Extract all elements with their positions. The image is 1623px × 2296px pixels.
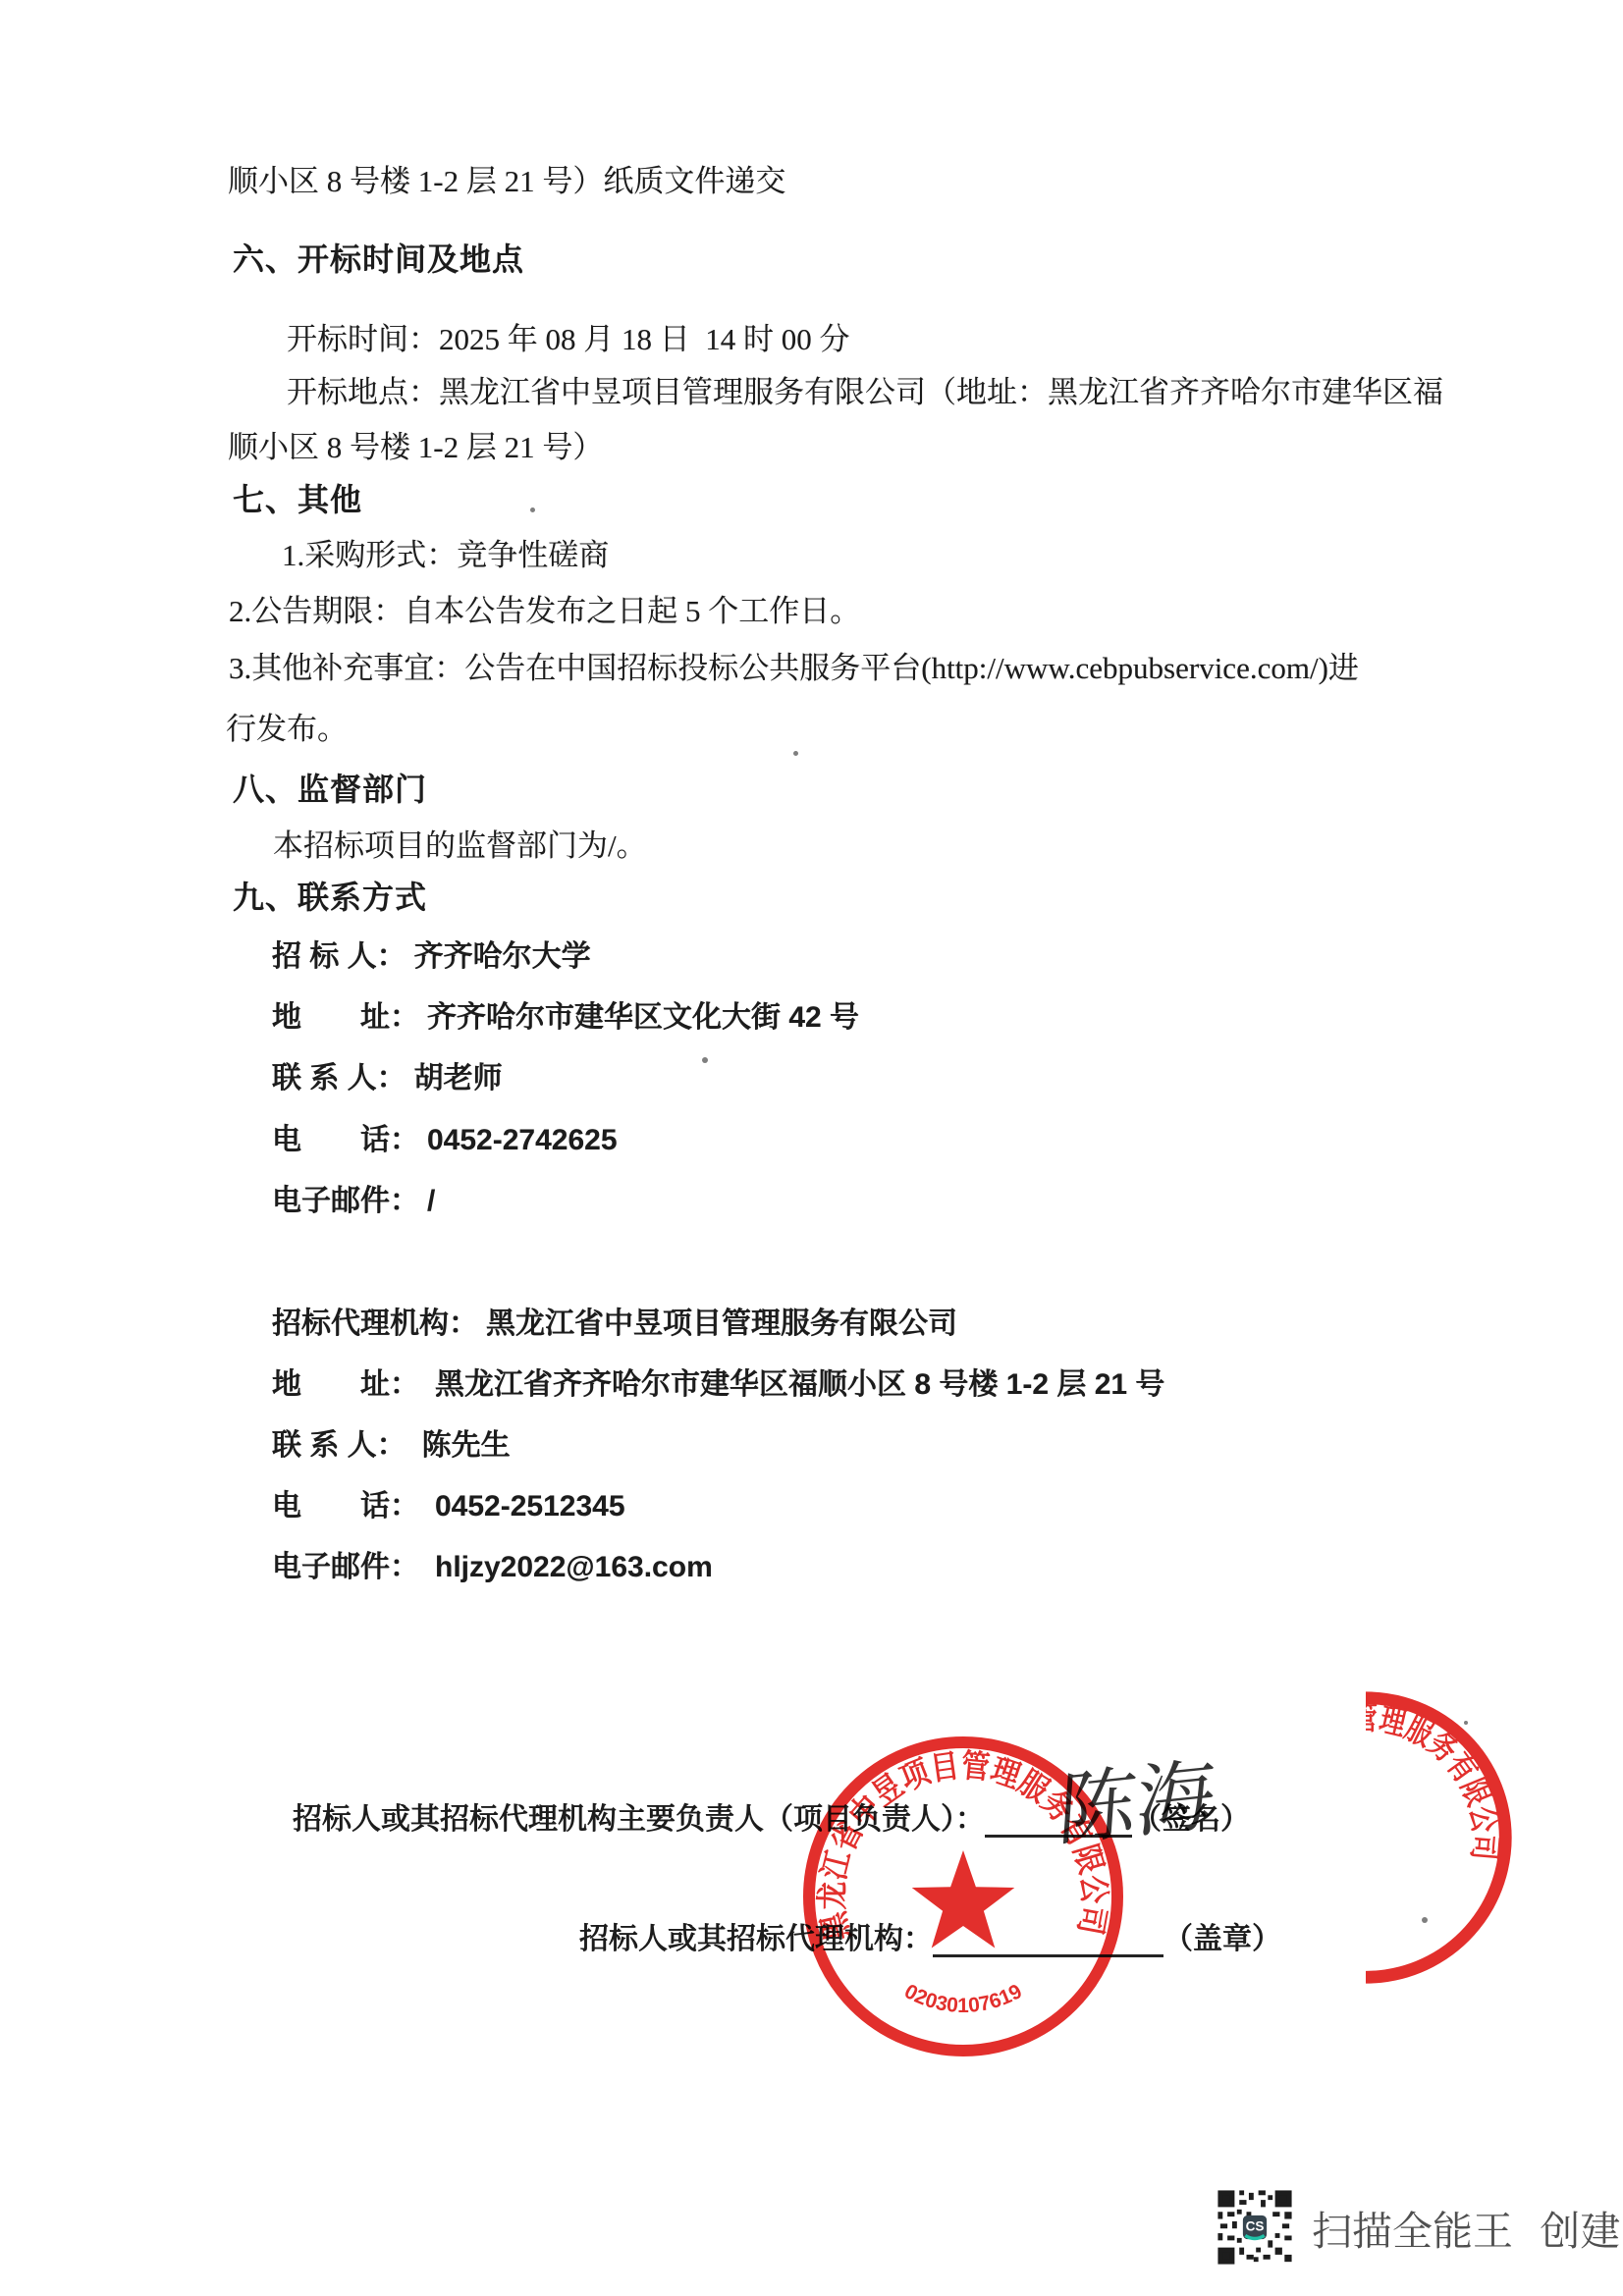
agency-address-value: 黑龙江省齐齐哈尔市建华区福顺小区 8 号楼 1-2 层 21 号 (435, 1368, 1164, 1401)
tenderer-email-label: 电子邮件： (272, 1185, 419, 1217)
agency-name-row: 招标代理机构：黑龙江省中昱项目管理服务有限公司 (272, 1308, 957, 1340)
agency-phone-value: 0452-2512345 (435, 1490, 625, 1522)
agency-email-row: 电子邮件：hljzy2022@163.com (272, 1551, 713, 1583)
agency-name-label: 招标代理机构： (272, 1308, 478, 1340)
section-title-contact: 九、联系方式 (233, 881, 427, 915)
agency-email-label: 电子邮件： (272, 1551, 419, 1583)
others-item-3-line-1: 3.其他补充事宜：公告在中国招标投标公共服务平台(http://www.cebp… (229, 652, 1359, 685)
opening-time-line: 开标时间：2025 年 08 月 18 日 14 时 00 分 (287, 323, 850, 356)
agency-contact-person-value: 陈先生 (422, 1429, 511, 1462)
agency-address-label: 地 址： (272, 1368, 419, 1401)
agency-name-value: 黑龙江省中昱项目管理服务有限公司 (486, 1308, 957, 1340)
tenderer-contact-person-label: 联 系 人： (272, 1062, 406, 1095)
tenderer-phone-value: 0452-2742625 (427, 1124, 618, 1156)
agency-seal-label: 招标人或其招标代理机构： (579, 1914, 933, 1957)
scanned-tender-document-page: { "page": { "intro_line": "顺小区 8 号楼 1-2 … (0, 0, 1623, 2296)
seal-underline (933, 1921, 1163, 1957)
scan-speck (1464, 1721, 1468, 1725)
tenderer-address-value: 齐齐哈尔市建华区文化大街 42 号 (427, 1001, 859, 1034)
agency-phone-row: 电 话：0452-2512345 (272, 1490, 625, 1522)
agency-email-value: hljzy2022@163.com (435, 1551, 713, 1583)
agency-contact-person-label: 联 系 人： (272, 1429, 406, 1462)
supervision-body: 本招标项目的监督部门为/。 (273, 829, 647, 863)
seal-suffix-label: （盖章） (1163, 1914, 1281, 1957)
camscanner-badge-text: CS (1246, 2219, 1265, 2234)
scan-speck (530, 507, 535, 512)
opening-place-line-2: 顺小区 8 号楼 1-2 层 21 号） (228, 431, 603, 464)
tenderer-phone-label: 电 话： (272, 1124, 419, 1156)
agency-seal-row: 招标人或其招标代理机构：（盖章） (579, 1914, 1281, 1957)
agency-contact-person-row: 联 系 人：陈先生 (272, 1429, 511, 1462)
handwritten-signature: 陈海 (1055, 1731, 1218, 1861)
tenderer-name-value: 齐齐哈尔大学 (414, 940, 591, 973)
opening-place-line-1: 开标地点：黑龙江省中昱项目管理服务有限公司（地址：黑龙江省齐齐哈尔市建华区福 (287, 376, 1443, 409)
scan-speck (702, 1057, 708, 1063)
agency-address-row: 地 址：黑龙江省齐齐哈尔市建华区福顺小区 8 号楼 1-2 层 21 号 (272, 1368, 1164, 1401)
tenderer-name-label: 招 标 人： (272, 940, 406, 973)
scan-speck (793, 751, 798, 756)
tenderer-address-row: 地 址：齐齐哈尔市建华区文化大街 42 号 (272, 1001, 859, 1034)
others-item-1: 1.采购形式：竞争性磋商 (282, 539, 609, 572)
scanner-footer: CS 扫描全能王 创建 (1216, 2187, 1620, 2268)
section-title-others: 七、其他 (233, 483, 362, 517)
intro-continuation-line: 顺小区 8 号楼 1-2 层 21 号）纸质文件递交 (228, 165, 785, 198)
tenderer-contact-person-value: 胡老师 (414, 1062, 503, 1095)
agency-phone-label: 电 话： (272, 1490, 419, 1522)
qr-code-icon: CS (1216, 2187, 1294, 2268)
section-title-opening: 六、开标时间及地点 (233, 242, 524, 277)
scan-speck (1422, 1917, 1428, 1923)
others-item-3-line-2: 行发布。 (226, 713, 348, 746)
scanner-note-text: 扫描全能王 创建 (1312, 2199, 1620, 2257)
responsible-person-label: 招标人或其招标代理机构主要负责人（项目负责人）： (293, 1794, 985, 1838)
tenderer-email-value: / (427, 1185, 435, 1217)
tenderer-name-row: 招 标 人：齐齐哈尔大学 (272, 940, 591, 973)
tenderer-email-row: 电子邮件：/ (272, 1185, 435, 1217)
partial-stamp-company-text-arc: 黑龙江省中昱项目管理服务有限公司 (1215, 1685, 1508, 1896)
tenderer-contact-person-row: 联 系 人：胡老师 (272, 1062, 503, 1095)
section-title-supervision: 八、监督部门 (233, 773, 427, 807)
stamp-serial-text-arc: 02030107619 (900, 1980, 1026, 2017)
others-item-2: 2.公告期限：自本公告发布之日起 5 个工作日。 (229, 595, 860, 628)
tenderer-phone-row: 电 话：0452-2742625 (272, 1124, 618, 1156)
tenderer-address-label: 地 址： (272, 1001, 419, 1034)
